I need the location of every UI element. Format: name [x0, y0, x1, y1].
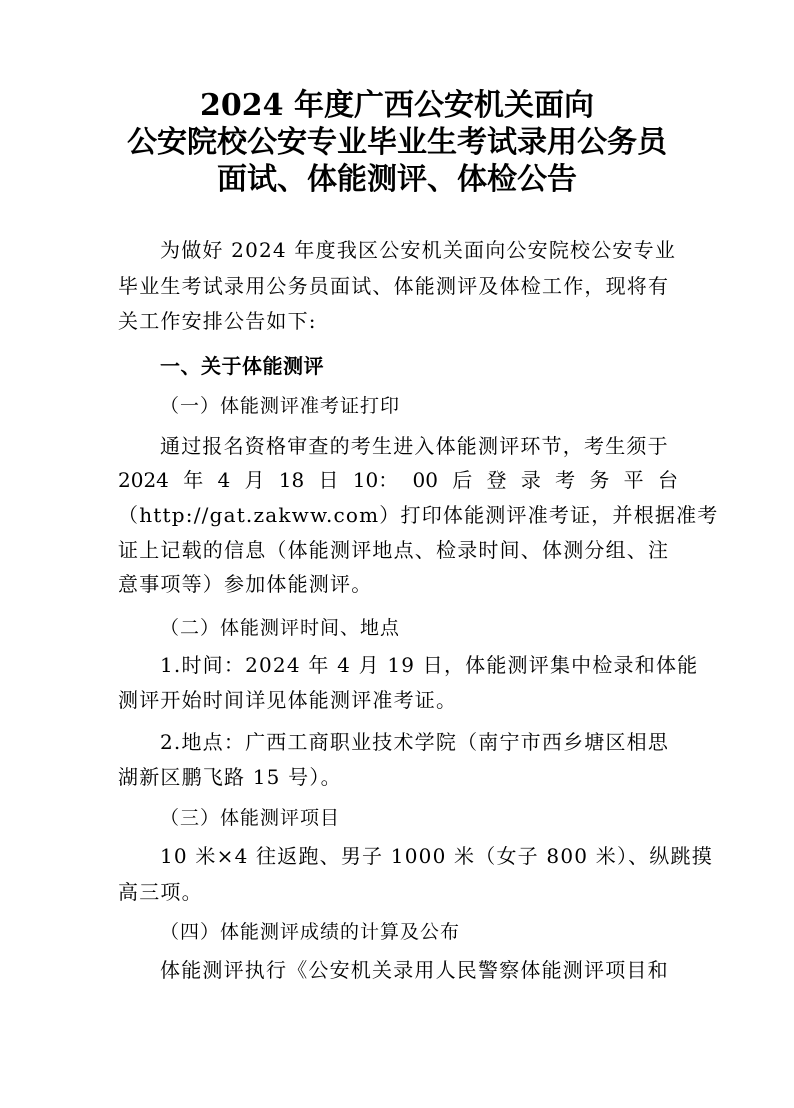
text-token: 2024 [118, 466, 169, 494]
document-page: 2024 年度广西公安机关面向 公安院校公安专业毕业生考试录用公务员 面试、体能… [0, 0, 794, 1108]
text-token: 00 [413, 466, 438, 494]
text-token: 18 [279, 466, 304, 494]
text-token: 平 [624, 466, 644, 494]
text-token: 月 [244, 466, 264, 494]
title-line-1: 2024 年度广西公安机关面向 [0, 87, 794, 124]
subsection-heading-3: （三）体能测评项目 [160, 804, 720, 832]
paragraph-line: 湖新区鹏飞路 15 号）。 [118, 763, 678, 791]
intro-line-1: 为做好 2024 年度我区公安机关面向公安院校公安专业 [160, 236, 678, 264]
text-token: 后 [452, 466, 472, 494]
paragraph-line: 测评开始时间详见体能测评准考证。 [118, 686, 678, 714]
paragraph-line: 10 米×4 往返跑、男子 1000 米（女子 800 米）、纵跳摸 [160, 842, 678, 870]
intro-line-3: 关工作安排公告如下: [118, 307, 678, 335]
section-heading-1: 一、关于体能测评 [160, 352, 678, 380]
subsection-heading-1: （一）体能测评准考证打印 [160, 392, 720, 420]
text-token: 录 [521, 466, 541, 494]
subsection-heading-4: （四）体能测评成绩的计算及公布 [160, 918, 720, 946]
text-token: 考 [555, 466, 575, 494]
paragraph-line: （http://gat.zakww.com）打印体能测评准考证，并根据准考 [118, 501, 678, 529]
text-token: 台 [658, 466, 678, 494]
text-token: 登 [487, 466, 507, 494]
text-token: 日 [319, 466, 339, 494]
intro-line-2: 毕业生考试录用公务员面试、体能测评及体检工作，现将有 [118, 272, 678, 300]
text-token: 年 [183, 466, 203, 494]
paragraph-line: 通过报名资格审查的考生进入体能测评环节，考生须于 [160, 432, 678, 460]
paragraph-line: 1.时间：2024 年 4 月 19 日，体能测评集中检录和体能 [160, 651, 678, 679]
paragraph-line: 高三项。 [118, 878, 678, 906]
text-token: 10： [353, 466, 398, 494]
paragraph-line: 2.地点：广西工商职业技术学院（南宁市西乡塘区相思 [160, 728, 678, 756]
text-token: 4 [217, 466, 230, 494]
paragraph-line-justified: 2024 年 4 月 18 日 10： 00 后 登 录 考 务 平 台 [118, 466, 678, 494]
paragraph-line: 证上记载的信息（体能测评地点、检录时间、体测分组、注 [118, 536, 678, 564]
title-line-3: 面试、体能测评、体检公告 [0, 161, 794, 198]
text-token: 务 [589, 466, 609, 494]
paragraph-line: 意事项等）参加体能测评。 [118, 570, 678, 598]
subsection-heading-2: （二）体能测评时间、地点 [160, 614, 720, 642]
paragraph-line: 体能测评执行《公安机关录用人民警察体能测评项目和 [160, 956, 678, 984]
title-line-2: 公安院校公安专业毕业生考试录用公务员 [0, 124, 794, 161]
